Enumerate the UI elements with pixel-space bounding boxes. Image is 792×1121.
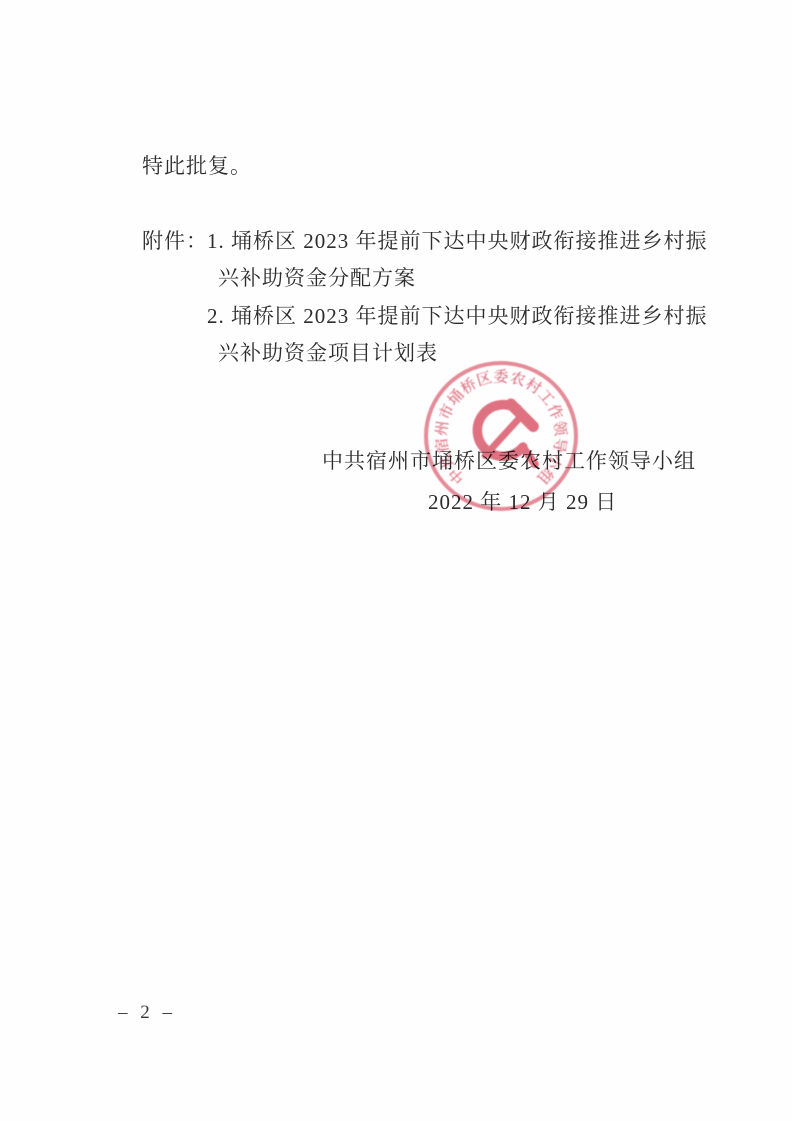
seal-arc-char: 村 [522, 373, 546, 399]
seal-arc-char: 委 [493, 366, 508, 387]
seal-arc-char: 埇 [443, 385, 469, 410]
issuing-organization: 中共宿州市埇桥区委农村工作领导小组 [322, 448, 696, 474]
attachment-1-title-line-1: 1. 埇桥区 2023 年提前下达中央财政衔接推进乡村振 [207, 228, 708, 254]
seal-arc-char: 农 [508, 366, 528, 390]
attachments-label: 附件： [142, 228, 208, 254]
page-number: – 2 – [118, 1002, 176, 1024]
seal-arc-char: 作 [543, 400, 568, 422]
attachment-2-title-line-1: 2. 埇桥区 2023 年提前下达中央财政衔接推进乡村振 [207, 303, 708, 329]
closing-statement: 特此批复。 [142, 153, 252, 179]
seal-arc-char: 工 [534, 385, 560, 410]
seal-arc-char: 州 [430, 419, 453, 437]
seal-arc-char: 领 [549, 419, 572, 437]
document-page: 特此批复。 附件： 1. 埇桥区 2023 年提前下达中央财政衔接推进乡村振 兴… [0, 0, 792, 1121]
seal-arc-char: 区 [474, 366, 494, 390]
seal-arc-char: 市 [434, 400, 459, 422]
attachment-1-title-line-2: 兴补助资金分配方案 [218, 265, 416, 291]
issue-date: 2022 年 12 月 29 日 [428, 489, 617, 515]
seal-arc-char: 桥 [456, 373, 480, 399]
attachment-2-title-line-2: 兴补助资金项目计划表 [218, 340, 438, 366]
seal-arc-text: 中共宿州市埇桥区委农村工作领导小组 [428, 365, 574, 507]
